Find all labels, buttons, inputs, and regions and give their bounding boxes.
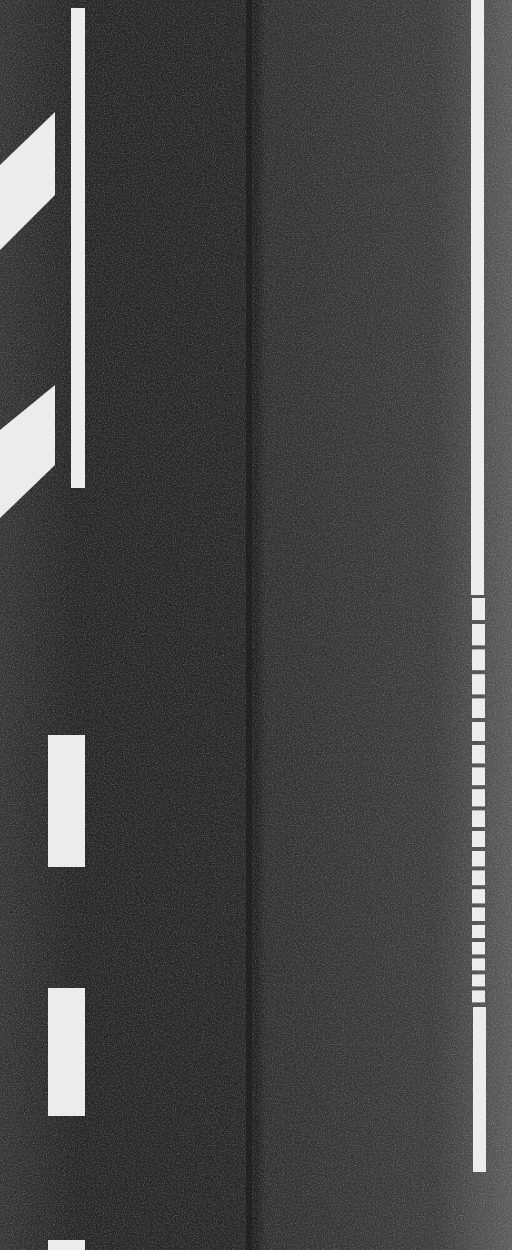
right-lane-line: [471, 0, 484, 595]
lane-dot: [472, 649, 485, 670]
lane-dot: [472, 958, 485, 970]
lane-dot: [472, 674, 485, 694]
lane-dot: [472, 889, 485, 903]
road-surface: [0, 0, 512, 1250]
road-aerial-image: Asphalt road, overhead view: [0, 0, 512, 1250]
lane-dash: [48, 1240, 85, 1250]
lane-dot: [472, 722, 485, 741]
lane-dot: [472, 698, 485, 718]
lane-dot: [472, 907, 485, 921]
lane-dot: [472, 789, 485, 806]
lane-dot: [472, 942, 485, 954]
lane-dot: [472, 990, 485, 1002]
lane-dot: [472, 851, 485, 866]
lane-dot: [472, 810, 485, 827]
edge-line: [71, 8, 85, 488]
lane-dash: [48, 735, 85, 867]
lane-dot: [472, 974, 485, 986]
lane-dot: [472, 925, 485, 938]
pavement-seam: [246, 0, 252, 1250]
lane-dot: [472, 745, 485, 763]
lane-dot: [472, 624, 485, 645]
lane-dot: [472, 598, 485, 620]
lane-dash: [48, 988, 85, 1116]
lane-dot: [472, 767, 485, 785]
lane-dot: [472, 870, 485, 885]
right-lane-line: [473, 1007, 486, 1172]
lane-dot: [472, 831, 485, 847]
